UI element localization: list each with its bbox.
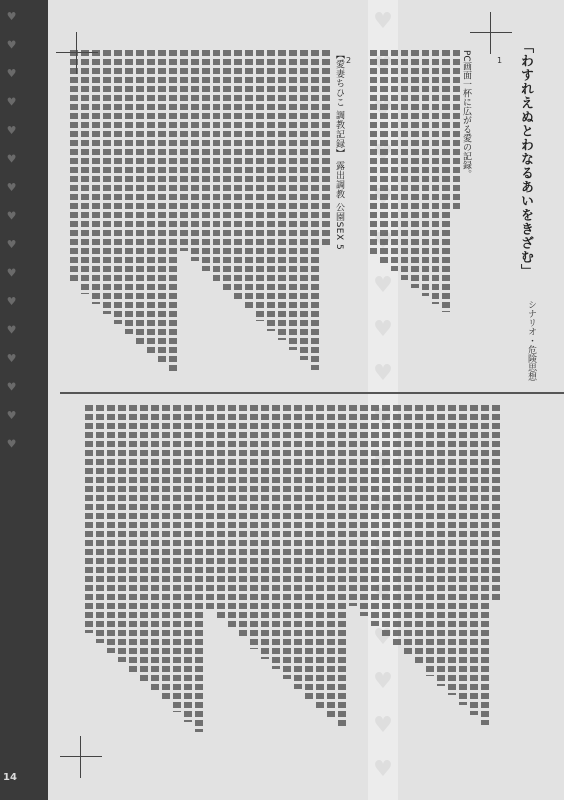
text-line bbox=[272, 405, 280, 669]
text-line bbox=[136, 50, 144, 344]
text-line bbox=[250, 405, 258, 649]
text-line bbox=[239, 405, 247, 639]
text-line bbox=[158, 50, 166, 364]
text-line bbox=[103, 50, 111, 314]
text-line bbox=[114, 50, 122, 324]
text-line bbox=[294, 405, 302, 689]
text-line bbox=[422, 50, 429, 296]
section-subheading: PC画面一杯に広がる愛の記録。 bbox=[460, 50, 473, 179]
text-line bbox=[492, 405, 500, 603]
text-line bbox=[92, 50, 100, 304]
text-line bbox=[140, 405, 148, 682]
text-line bbox=[322, 50, 330, 248]
text-line bbox=[162, 405, 170, 702]
text-line bbox=[147, 50, 155, 354]
text-line bbox=[305, 405, 313, 699]
text-line bbox=[437, 405, 445, 686]
page-number: 14 bbox=[3, 772, 17, 783]
text-line bbox=[448, 405, 456, 695]
text-line bbox=[223, 50, 231, 291]
text-line bbox=[316, 405, 324, 709]
scenario-credit: シナリオ・危険思想 bbox=[525, 300, 538, 381]
text-line bbox=[289, 50, 297, 350]
text-line bbox=[327, 405, 335, 719]
text-line bbox=[213, 50, 221, 281]
text-line bbox=[382, 405, 390, 636]
text-line bbox=[283, 405, 291, 679]
crop-mark-icon bbox=[60, 736, 102, 778]
text-line bbox=[234, 50, 242, 301]
text-line bbox=[391, 50, 398, 271]
text-line bbox=[195, 405, 203, 732]
left-band: ♥ ♥ ♥ ♥ ♥ ♥ ♥ ♥ ♥ ♥ ♥ ♥ ♥ ♥ ♥ ♥ 14 bbox=[0, 0, 48, 800]
text-line bbox=[401, 50, 408, 280]
text-line bbox=[129, 405, 137, 672]
text-line bbox=[107, 405, 115, 653]
text-line bbox=[70, 50, 78, 284]
text-line bbox=[338, 405, 346, 728]
text-line bbox=[256, 50, 264, 321]
text-line bbox=[173, 405, 181, 712]
text-line bbox=[191, 50, 199, 261]
column-marker: 2 bbox=[346, 56, 351, 65]
text-line bbox=[278, 50, 286, 340]
body-text-block-3 bbox=[80, 405, 500, 735]
text-line bbox=[217, 405, 225, 620]
text-line bbox=[481, 405, 489, 725]
text-line bbox=[393, 405, 401, 646]
text-line bbox=[180, 50, 188, 251]
text-line bbox=[85, 405, 93, 633]
text-line bbox=[415, 405, 423, 666]
text-line bbox=[459, 405, 467, 705]
text-line bbox=[426, 405, 434, 676]
left-band-decoration: ♥ ♥ ♥ ♥ ♥ ♥ ♥ ♥ ♥ ♥ ♥ ♥ ♥ ♥ ♥ ♥ bbox=[4, 10, 18, 750]
text-line bbox=[349, 405, 357, 606]
text-line bbox=[267, 50, 275, 331]
heart-icon: ♥ bbox=[368, 748, 398, 792]
heart-icon: ♥ bbox=[368, 352, 398, 396]
text-line bbox=[300, 50, 308, 360]
text-line bbox=[404, 405, 412, 656]
text-line bbox=[371, 405, 379, 626]
text-line bbox=[125, 50, 133, 334]
text-line bbox=[206, 405, 214, 610]
text-line bbox=[202, 50, 210, 271]
text-line bbox=[261, 405, 269, 659]
column-marker: 1 bbox=[497, 56, 502, 65]
section-divider bbox=[60, 392, 564, 394]
text-line bbox=[370, 50, 377, 255]
text-line bbox=[151, 405, 159, 692]
text-line bbox=[118, 405, 126, 662]
story-title: 「わすれえぬとわなるあいをきざむ」 bbox=[516, 40, 535, 278]
body-text-block-2 bbox=[70, 50, 330, 380]
text-line bbox=[81, 50, 89, 294]
text-line bbox=[184, 405, 192, 722]
text-line bbox=[442, 50, 449, 312]
text-line bbox=[228, 405, 236, 629]
section-heading: 【愛妻ちひこ 調教記録】 露出調教 公園SEX 5 bbox=[333, 50, 346, 250]
text-line bbox=[245, 50, 253, 311]
text-line bbox=[96, 405, 104, 643]
text-line bbox=[470, 405, 478, 715]
text-line bbox=[380, 50, 387, 263]
crop-mark-icon bbox=[470, 12, 512, 54]
text-line bbox=[311, 50, 319, 370]
body-text-block-1 bbox=[370, 50, 460, 320]
text-line bbox=[453, 50, 460, 212]
text-line bbox=[360, 405, 368, 616]
text-line bbox=[169, 50, 177, 373]
text-line bbox=[432, 50, 439, 304]
text-line bbox=[411, 50, 418, 288]
heart-icon: ♥ bbox=[368, 0, 398, 44]
